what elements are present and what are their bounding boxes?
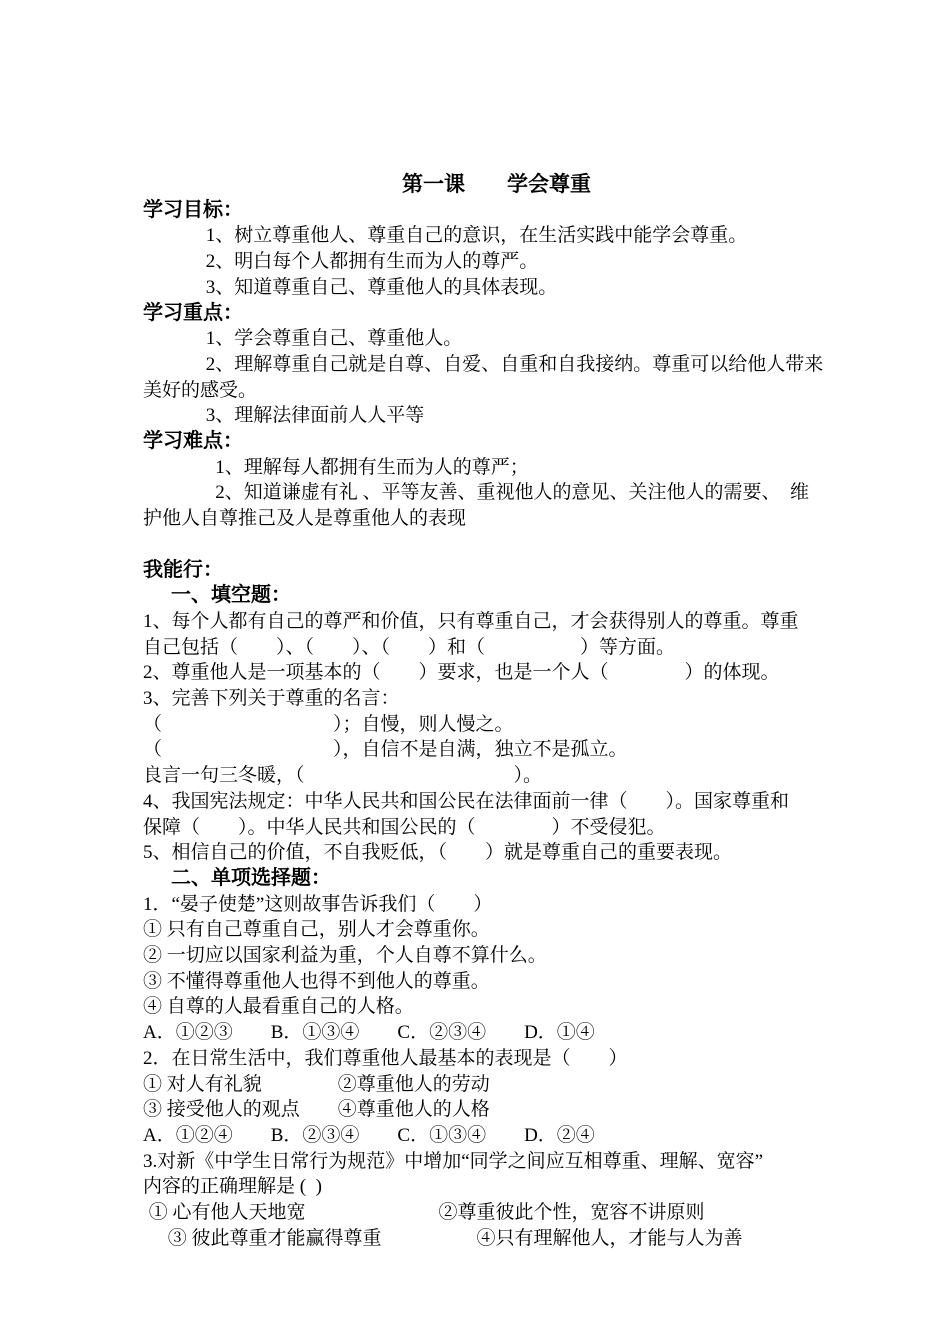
document-line: 3、理解法律面前人人平等: [143, 403, 850, 429]
document-line: 1、理解每人都拥有生而为人的尊严；: [143, 455, 850, 481]
document-line: 2．在日常生活中，我们尊重他人最基本的表现是（ ）: [143, 1046, 850, 1072]
document-line: 内容的正确理解是 ( ): [143, 1174, 850, 1200]
document-line: 1、学会尊重自己、尊重他人。: [143, 326, 850, 352]
document-content: 第一课 学会尊重学习目标：1、树立尊重他人、尊重自己的意识，在生活实践中能学会尊…: [143, 172, 850, 1252]
document-line: ① 只有自己尊重自己，别人才会尊重你。: [143, 917, 850, 943]
section-heading: 我能行：: [143, 558, 850, 584]
document-line: 2、理解尊重自己就是自尊、自爱、自重和自我接纳。尊重可以给他人带来: [143, 352, 850, 378]
document-line: （ ），自信不是自满，独立不是孤立。: [143, 737, 850, 763]
document-line: 2、明白每个人都拥有生而为人的尊严。: [143, 249, 850, 275]
document-line: ④ 自尊的人最看重自己的人格。: [143, 994, 850, 1020]
document-line: 5、相信自己的价值，不自我贬低，（ ）就是尊重自己的重要表现。: [143, 840, 850, 866]
document-page: 第一课 学会尊重学习目标：1、树立尊重他人、尊重自己的意识，在生活实践中能学会尊…: [0, 0, 950, 1344]
blank-line: [143, 532, 850, 558]
document-line: 3、知道尊重自己、尊重他人的具体表现。: [143, 275, 850, 301]
document-line: 保障（ ）。中华人民共和国公民的（ ）不受侵犯。: [143, 815, 850, 841]
section-heading: 学习重点：: [143, 301, 850, 327]
document-line: ① 对人有礼貌 ②尊重他人的劳动: [143, 1072, 850, 1098]
document-line: 1．“晏子使楚”这则故事告诉我们（ ）: [143, 892, 850, 918]
document-line: A．①②④ B．②③④ C．①③④ D．②④: [143, 1123, 850, 1149]
document-line: 护他人自尊推己及人是尊重他人的表现: [143, 506, 850, 532]
document-line: A．①②③ B．①③④ C．②③④ D．①④: [143, 1020, 850, 1046]
document-line: ① 心有他人天地宽 ②尊重彼此个性，宽容不讲原则: [143, 1200, 850, 1226]
document-line: 1、树立尊重他人、尊重自己的意识，在生活实践中能学会尊重。: [143, 223, 850, 249]
document-line: ② 一切应以国家利益为重，个人自尊不算什么。: [143, 943, 850, 969]
document-line: 1、每个人都有自己的尊严和价值，只有尊重自己，才会获得别人的尊重。尊重: [143, 609, 850, 635]
document-line: 良言一句三冬暖，（ ）。: [143, 763, 850, 789]
document-line: 3.对新《中学生日常行为规范》中增加“同学之间应互相尊重、理解、宽容”: [143, 1149, 850, 1175]
document-line: 2、知道谦虚有礼 、平等友善、重视他人的意见、关注他人的需要、 维: [143, 480, 850, 506]
document-line: ③ 接受他人的观点 ④尊重他人的人格: [143, 1097, 850, 1123]
document-line: 自己包括（ ）、（ ）、（ ）和（ ）等方面。: [143, 635, 850, 661]
section-heading: 学习难点：: [143, 429, 850, 455]
document-line: 4、我国宪法规定：中华人民共和国公民在法律面前一律（ ）。国家尊重和: [143, 789, 850, 815]
document-line: 3、完善下列关于尊重的名言：: [143, 686, 850, 712]
section-heading: 二、单项选择题：: [143, 866, 850, 892]
document-line: 2、尊重他人是一项基本的（ ）要求，也是一个人（ ）的体现。: [143, 660, 850, 686]
section-heading: 一、填空题：: [143, 583, 850, 609]
section-heading: 学习目标：: [143, 198, 850, 224]
document-title: 第一课 学会尊重: [143, 172, 850, 198]
document-line: （ ）；自慢，则人慢之。: [143, 712, 850, 738]
document-line: ③ 不懂得尊重他人也得不到他人的尊重。: [143, 969, 850, 995]
document-line: ③ 彼此尊重才能赢得尊重 ④只有理解他人，才能与人为善: [143, 1226, 850, 1252]
document-line: 美好的感受。: [143, 378, 850, 404]
